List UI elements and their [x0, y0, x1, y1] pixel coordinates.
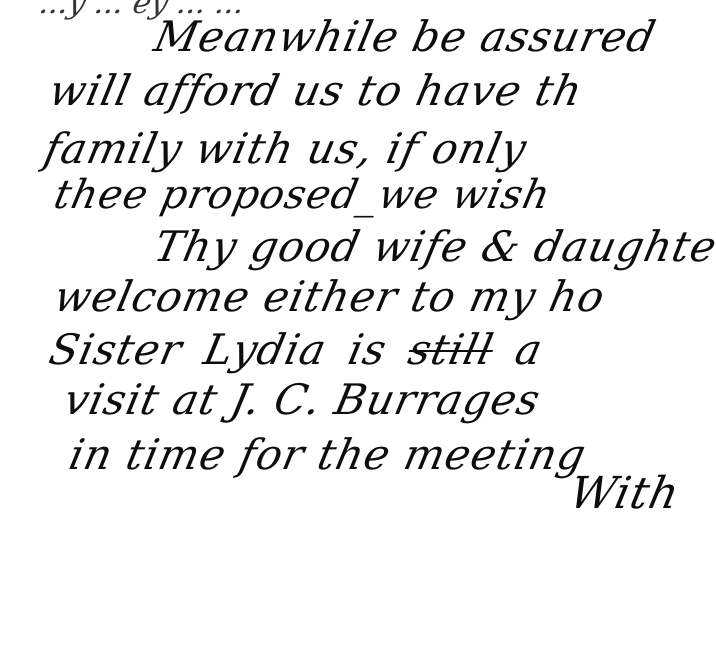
letter-line-9: in time for the meeting — [65, 430, 591, 479]
letter-line-3: family with us, if only — [40, 124, 532, 173]
letter-line-8: visit at J. C. Burrages — [60, 375, 545, 424]
letter-line-10-closing: With — [565, 468, 684, 519]
struck-word: still — [404, 325, 498, 374]
letter-line-5: Thy good wife & daughte — [150, 222, 716, 271]
word-a: a — [511, 325, 547, 374]
letter-line-7: SisterLydiaisstilla — [45, 325, 570, 374]
word-sister: Sister — [45, 325, 187, 374]
word-is: is — [344, 325, 391, 374]
word-lydia: Lydia — [200, 325, 332, 374]
letter-line-4: thee proposed_we wish — [50, 172, 555, 218]
letter-page: ...y ... ey ... ... Meanwhile be assured… — [0, 0, 716, 661]
letter-line-2: will afford us to have th — [45, 66, 587, 115]
letter-line-1: Meanwhile be assured — [150, 12, 661, 61]
letter-line-6: welcome either to my ho — [50, 272, 610, 321]
